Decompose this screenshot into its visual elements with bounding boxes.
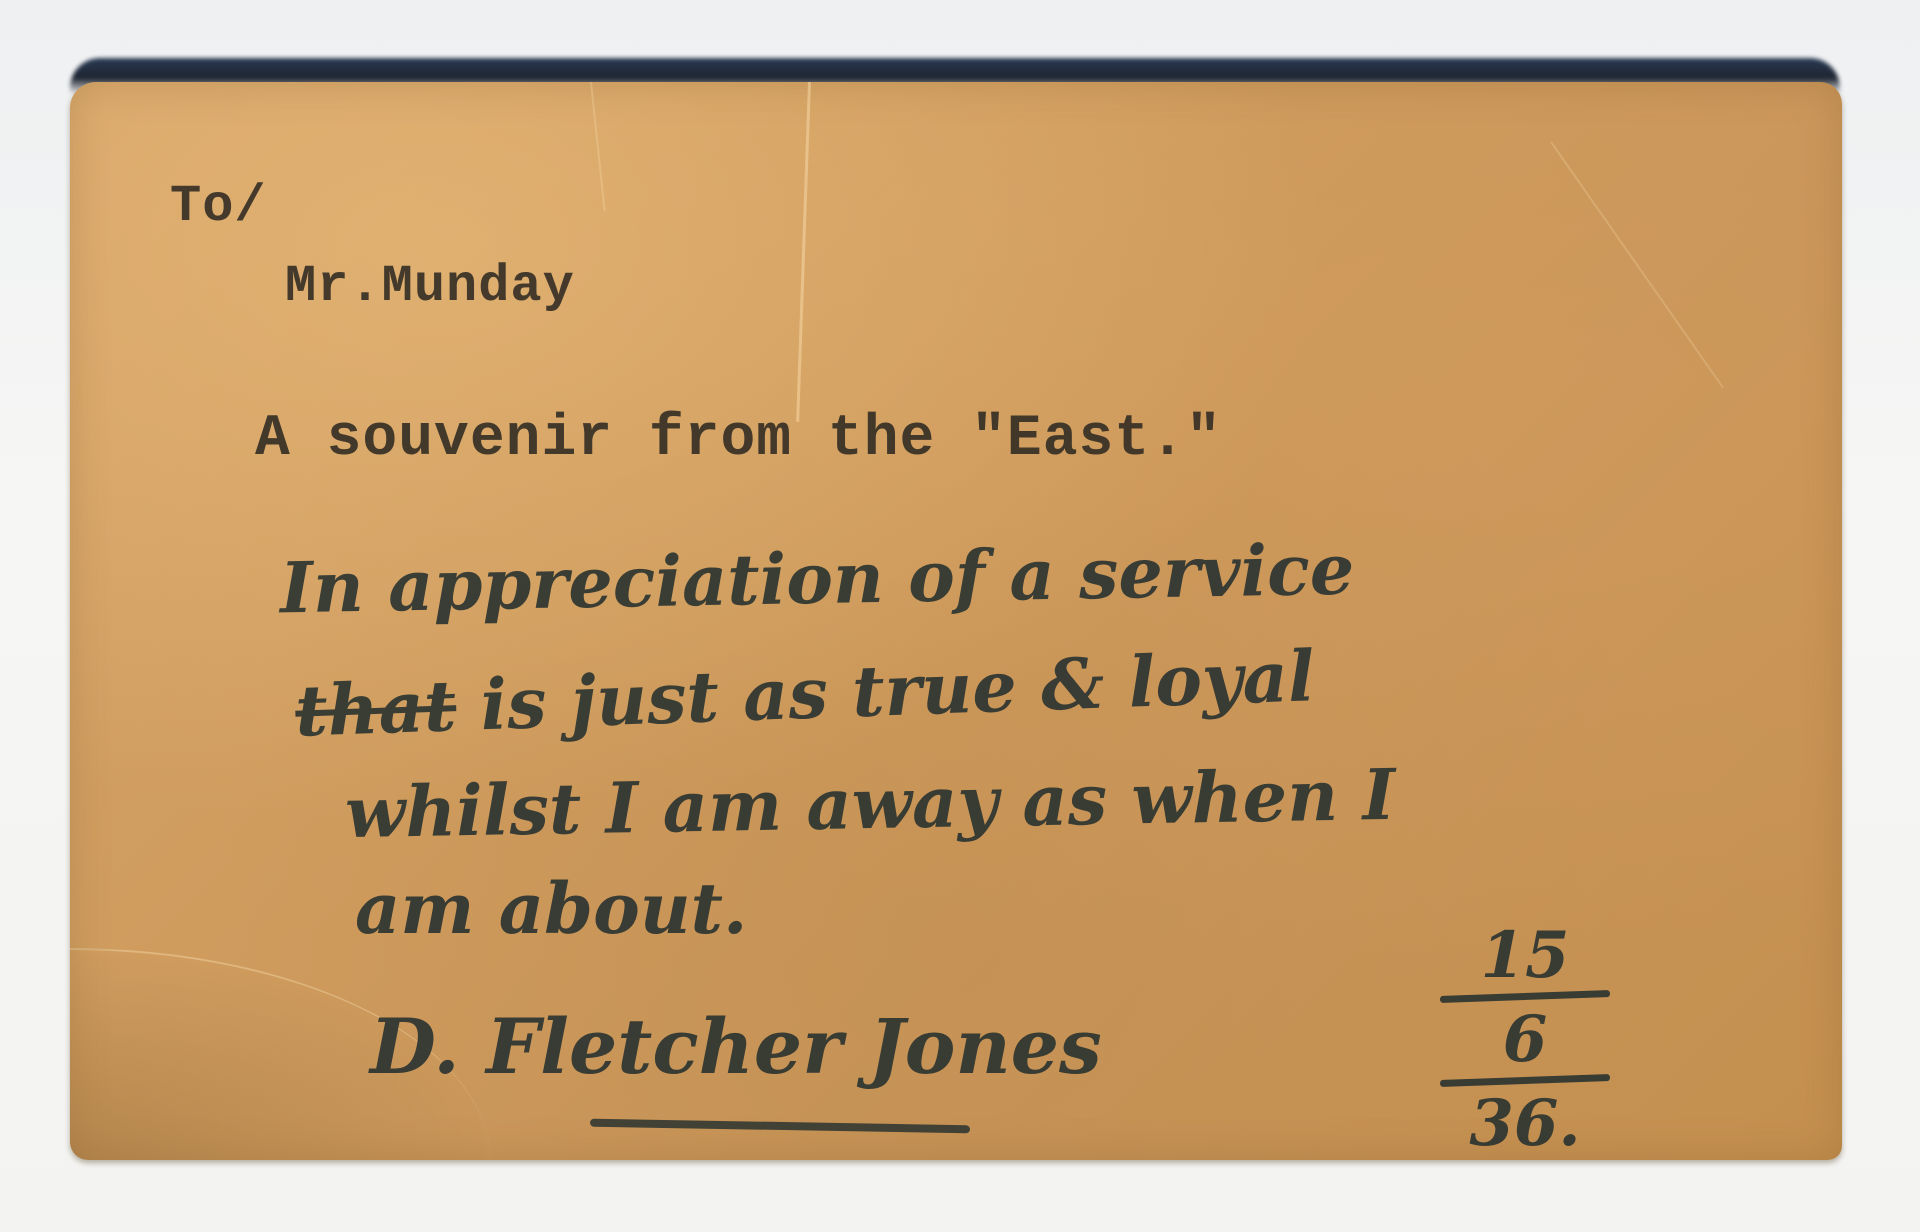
paper-crease — [590, 82, 606, 211]
handwritten-line-1: In appreciation of a service — [279, 528, 1355, 630]
handwritten-line-2: that is just as true & loyal — [294, 634, 1316, 753]
date-day: 15 — [1440, 922, 1610, 989]
date-block: 15 6 36. — [1440, 922, 1610, 1158]
handwritten-line-3: whilst I am away as when I — [344, 753, 1396, 854]
handwritten-line-4: am about. — [355, 867, 747, 950]
recipient-name: Mr.Munday — [285, 257, 575, 316]
date-month: 6 — [1440, 1006, 1610, 1073]
to-label: To/ — [170, 177, 267, 236]
paper-crease — [1550, 141, 1724, 388]
signature: D. Fletcher Jones — [370, 1002, 1102, 1091]
souvenir-heading: A souvenir from the "East." — [255, 407, 1222, 472]
scan-background: To/ Mr.Munday A souvenir from the "East.… — [0, 0, 1920, 1232]
souvenir-card: To/ Mr.Munday A souvenir from the "East.… — [70, 82, 1842, 1160]
struck-word: that — [294, 664, 458, 753]
signature-underline — [590, 1119, 970, 1134]
date-year: 36. — [1440, 1090, 1610, 1157]
handwritten-line-2-text: is just as true & loyal — [455, 634, 1316, 747]
paper-crease — [796, 82, 811, 422]
